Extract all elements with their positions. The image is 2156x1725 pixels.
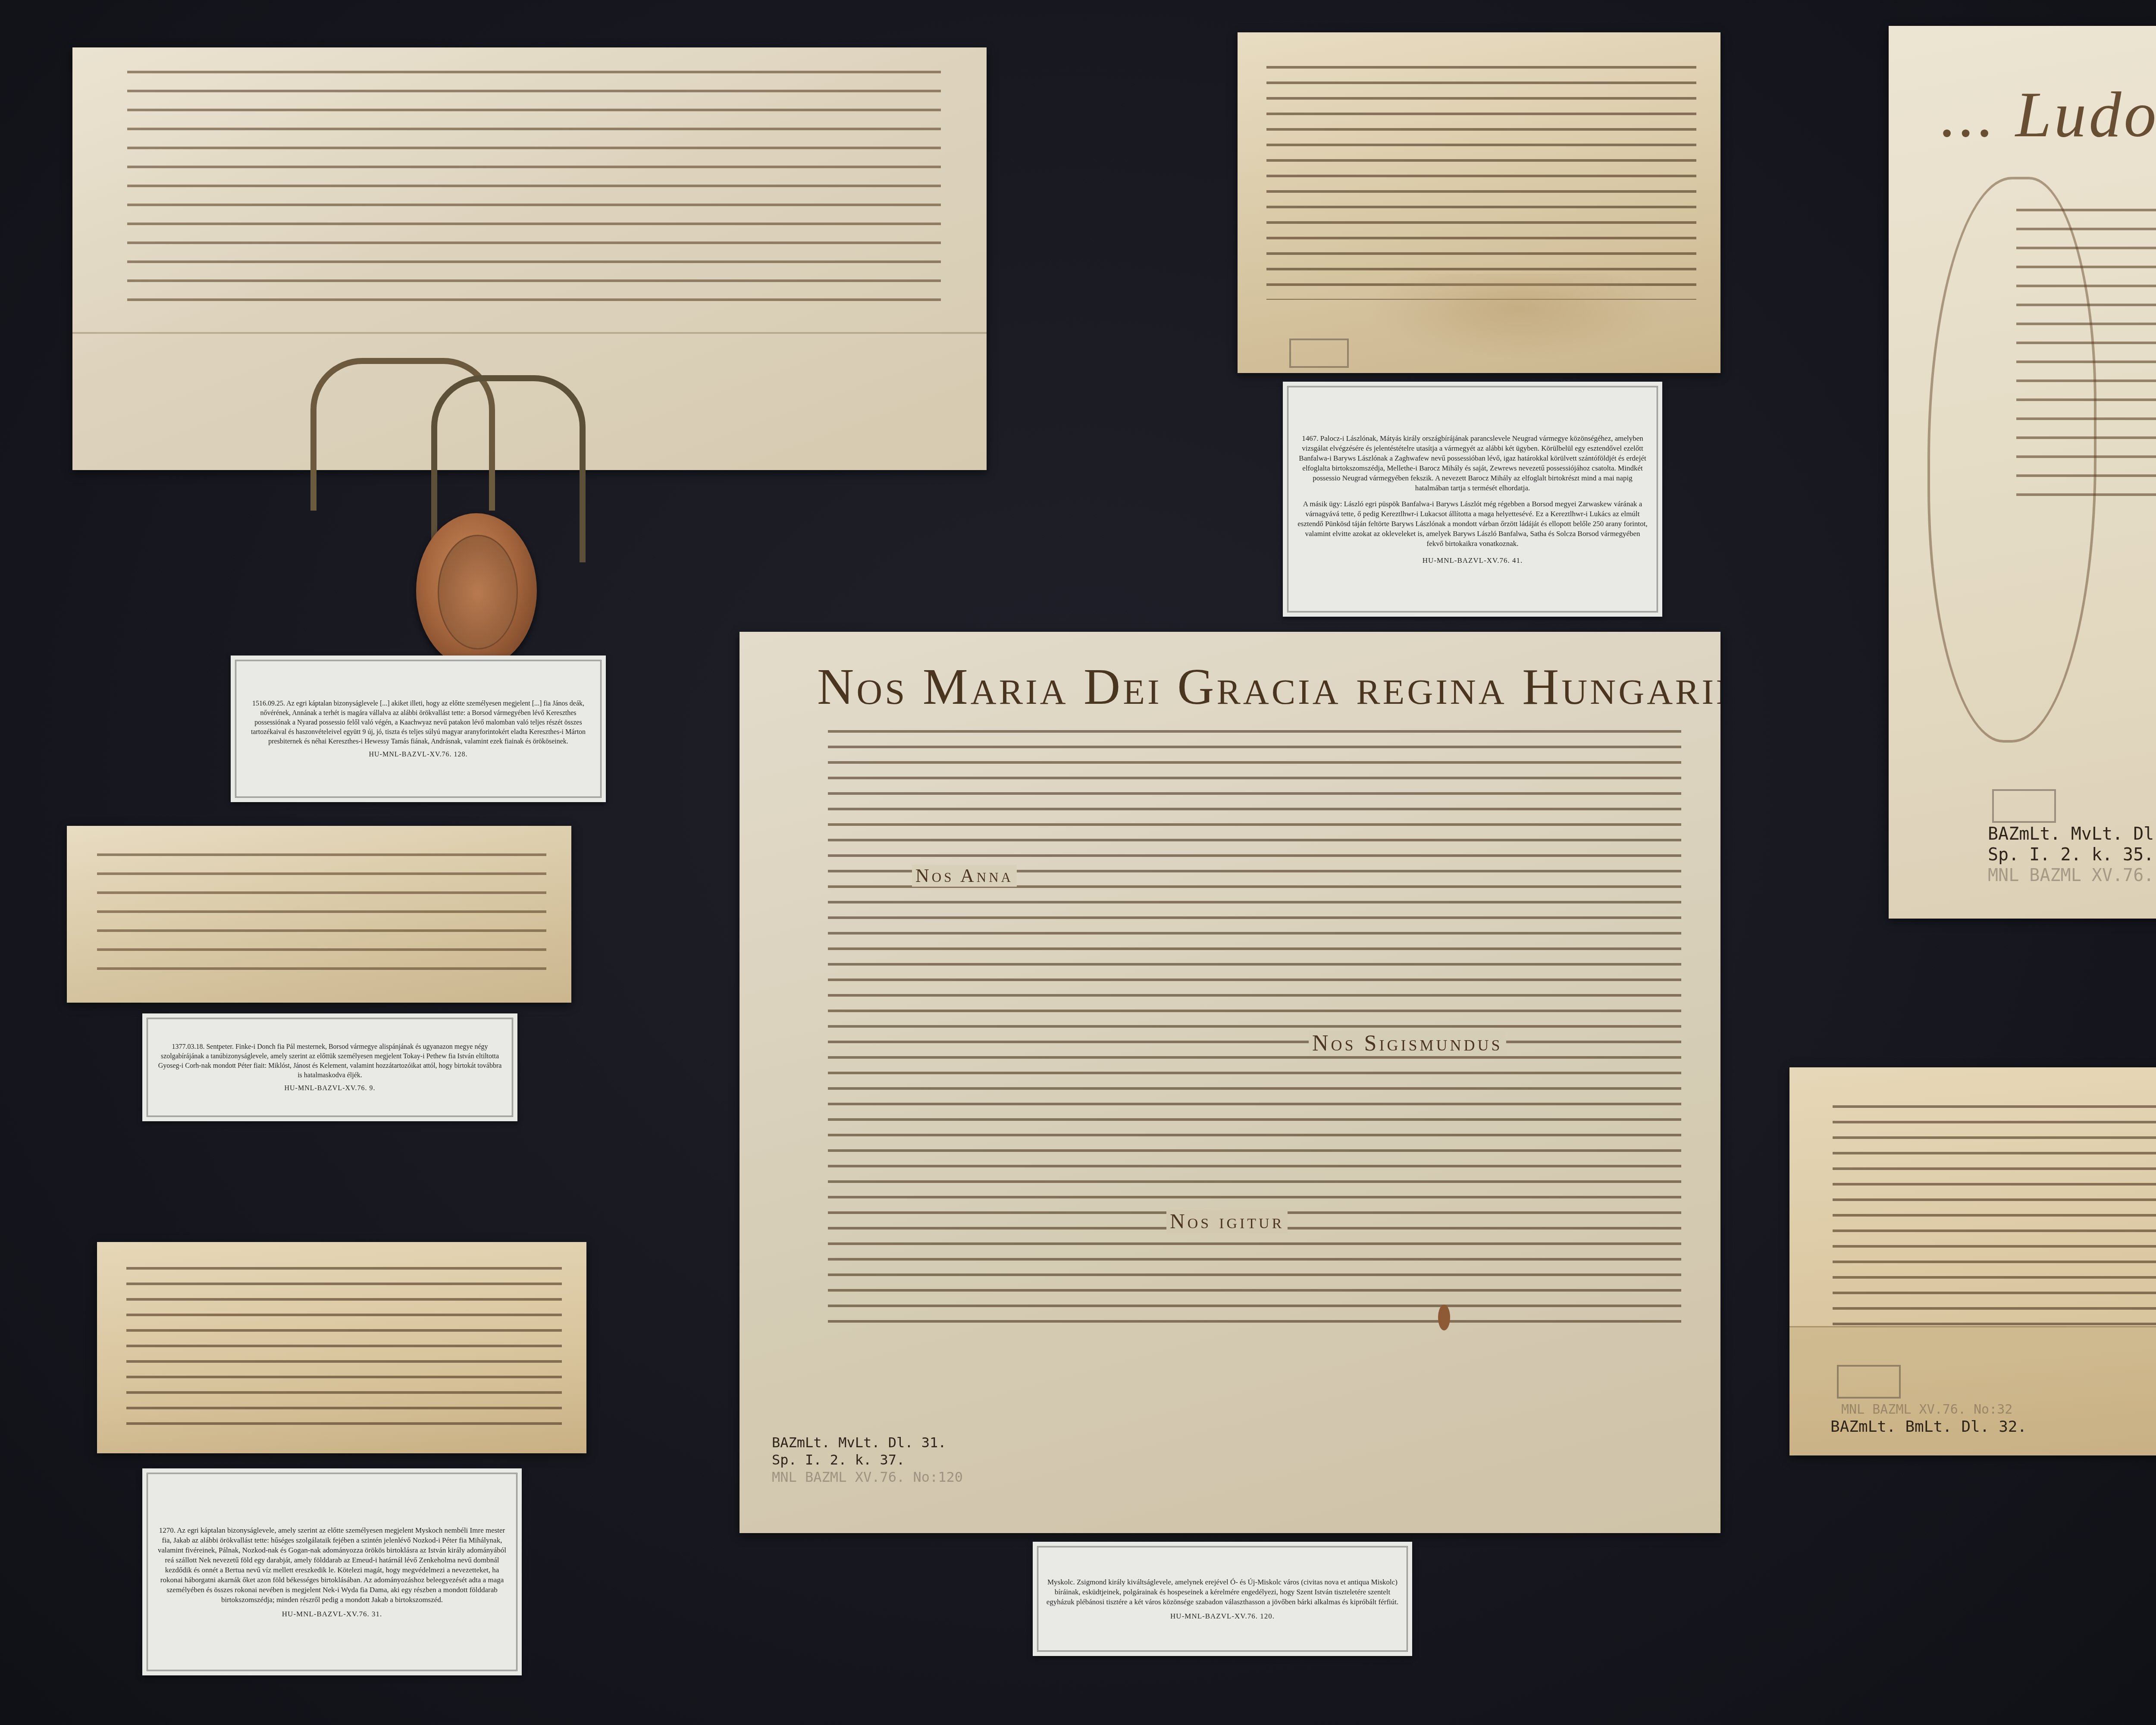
archive-note-faint: MNL BAZML XV.76. No:118 — [1988, 866, 2156, 885]
charter-1377 — [67, 826, 571, 1003]
charter-subheading-igitur: Nos igitur — [1166, 1210, 1288, 1233]
label-paragraph-1: 1467. Palocz-i Lászlónak, Mátyás király … — [1296, 433, 1649, 493]
wax-seal-1516 — [416, 513, 537, 668]
red-wax-mark — [1438, 1305, 1450, 1330]
charter-script-text — [828, 722, 1681, 1335]
charter-1467: BAZmLt, BmLt. Dl. 41. — [1238, 32, 1720, 373]
archive-note-line-2: Sp. I. 2. k. 37. — [772, 1452, 905, 1468]
seal-emblem — [438, 535, 517, 649]
charter-script-text — [127, 60, 941, 302]
archive-note-faint: MNL BAZML XV.76. No:120 — [772, 1469, 963, 1485]
archive-note: BAZmLt. MvLt. Dl. 31. Sp. I. 2. k. 37. M… — [772, 1434, 963, 1486]
label-paragraph-2: A másik ügy: László egri püspök Banfalwa… — [1296, 499, 1649, 549]
archive-note-line-2: Sp. I. 2. k. 35. — [1988, 845, 2154, 865]
calligraphic-flourish — [1927, 177, 2096, 743]
archive-note-line-1: BAZmLt. MvLt. Dl. 29. — [1988, 824, 2156, 844]
archive-stamp — [1289, 339, 1349, 368]
label-card-1467: 1467. Palocz-i Lászlónak, Mátyás király … — [1283, 382, 1662, 617]
charter-heading: ... Ludouicus Dei Gracia Rex Hungarie — [1940, 78, 2156, 152]
charter-1270 — [97, 1242, 586, 1453]
label-text: Myskolc. Zsigmond király kiváltságlevele… — [1046, 1577, 1399, 1607]
label-reference: HU-MNL-BAZVL-XV.76. 120. — [1170, 1612, 1275, 1621]
archive-note: BAZmLt. BmLt. Dl. 32. — [1830, 1417, 2027, 1437]
charter-subheading-anna: Nos Anna — [912, 865, 1017, 887]
label-card-1377: 1377.03.18. Sentpeter. Finke-i Donch fia… — [142, 1013, 517, 1121]
label-reference: HU-MNL-BAZVL-XV.76. 41. — [1423, 556, 1523, 565]
charter-subheading-sigismundus: Nos Sigismundus — [1309, 1031, 1506, 1056]
label-reference: HU-MNL-BAZVL-XV.76. 128. — [369, 751, 467, 759]
archive-note-line-1: BAZmLt. MvLt. Dl. 31. — [772, 1434, 946, 1451]
charter-fold-plica — [72, 332, 987, 334]
label-reference: HU-MNL-BAZVL-XV.76. 9. — [284, 1085, 375, 1092]
label-card-1270: 1270. Az egri káptalan bizonyságlevele, … — [142, 1468, 522, 1675]
charter-1285: MNL BAZML XV.76. No:32 BAZmLt. BmLt. Dl.… — [1789, 1067, 2156, 1455]
charter-script-text — [1266, 58, 1696, 300]
label-card-maria: Myskolc. Zsigmond király kiváltságlevele… — [1033, 1542, 1412, 1656]
charter-script-text — [97, 843, 546, 972]
label-card-1516: 1516.09.25. Az egri káptalan bizonyságle… — [231, 655, 606, 802]
label-text: 1467. Palocz-i Lászlónak, Mátyás király … — [1296, 433, 1649, 555]
archive-note: BAZmLt. MvLt. Dl. 29. Sp. I. 2. k. 35. M… — [1988, 824, 2156, 886]
charter-script-text — [126, 1259, 562, 1432]
charter-heading: Nos Maria Dei Gracia regina Hungarie — [817, 658, 1720, 716]
archive-stamp — [1992, 789, 2056, 823]
charter-maria: Nos Maria Dei Gracia regina Hungarie Nos… — [740, 632, 1720, 1533]
charter-lajos-ii: ... Ludouicus Dei Gracia Rex Hungarie BA… — [1889, 26, 2156, 919]
label-text: 1270. Az egri káptalan bizonyságlevele, … — [156, 1525, 508, 1605]
label-text: 1516.09.25. Az egri káptalan bizonyságle… — [244, 699, 592, 746]
water-stain — [1367, 274, 1669, 360]
label-reference: HU-MNL-BAZVL-XV.76. 31. — [282, 1610, 382, 1618]
charter-script-text — [1833, 1098, 2156, 1330]
archive-stamp — [1837, 1365, 1901, 1399]
label-text: 1377.03.18. Sentpeter. Finke-i Donch fia… — [156, 1042, 504, 1080]
